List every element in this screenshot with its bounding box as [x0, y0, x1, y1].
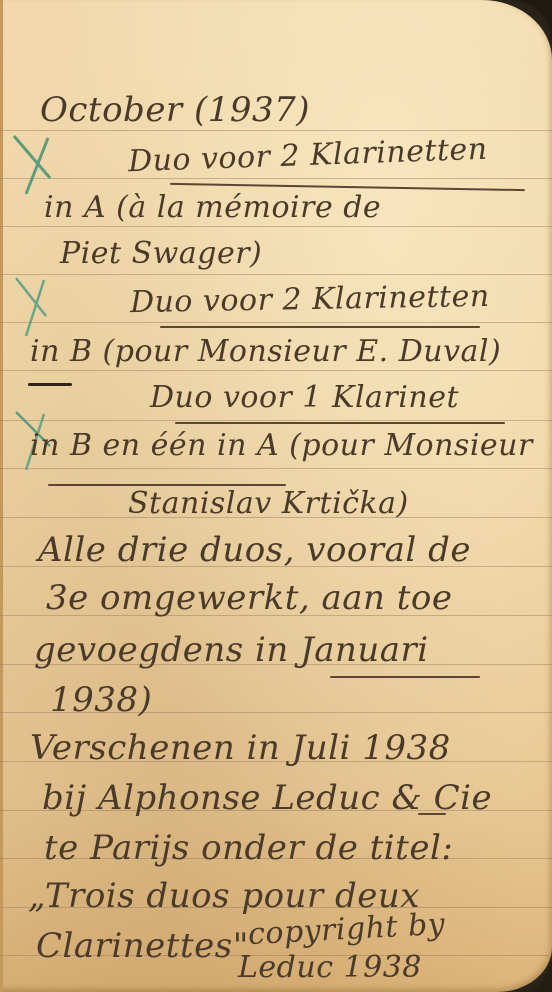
heading-date: October (1937)	[40, 90, 310, 130]
duo3-dedicatee: Stanislav Krtička)	[128, 486, 409, 521]
publication-line: Verschenen in Juli 1938	[30, 728, 451, 768]
underline	[160, 326, 480, 328]
duo2-dedication: in B (pour Monsieur E. Duval)	[30, 334, 501, 369]
rule-line	[0, 468, 552, 469]
rule-line	[0, 178, 552, 179]
rule-line	[0, 420, 552, 421]
notebook-page: October (1937) Duo voor 2 Klarinetten in…	[0, 0, 552, 992]
note-line: 3e omgewerkt, aan toe	[46, 578, 453, 618]
rule-line	[0, 130, 552, 131]
publication-line: te Parijs onder de titel:	[44, 828, 453, 868]
publication-title-end: Clarinettes"	[36, 926, 249, 966]
duo2-title: Duo voor 2 Klarinetten	[130, 279, 490, 320]
publication-title: „Trois duos pour deux	[28, 876, 420, 916]
rule-line	[0, 274, 552, 275]
rule-line	[0, 370, 552, 371]
rule-line	[0, 322, 552, 323]
duo3-title: Duo voor 1 Klarinet	[150, 380, 459, 415]
note-line: 1938)	[50, 680, 152, 720]
page-corner	[518, 962, 552, 992]
duo1-dedication: in A (à la mémoire de	[44, 190, 381, 225]
underline	[175, 422, 505, 424]
note-line: Alle drie duos, vooral de	[38, 530, 471, 570]
underline	[418, 813, 446, 815]
duo1-dedicatee: Piet Swager)	[60, 236, 262, 271]
page-corner	[512, 0, 552, 40]
rule-line	[0, 226, 552, 227]
green-cross-icon	[12, 276, 52, 338]
copyright-year: Leduc 1938	[238, 950, 422, 985]
duo3-instrumentation: in B en één in A (pour Monsieur	[30, 428, 533, 463]
dash-mark	[28, 383, 72, 386]
duo1-title: Duo voor 2 Klarinetten	[127, 132, 488, 180]
underline	[330, 676, 480, 678]
green-cross-icon	[12, 134, 52, 196]
note-line: gevoegdens in Januari	[34, 630, 429, 670]
publication-line: bij Alphonse Leduc & Cie	[42, 778, 492, 818]
